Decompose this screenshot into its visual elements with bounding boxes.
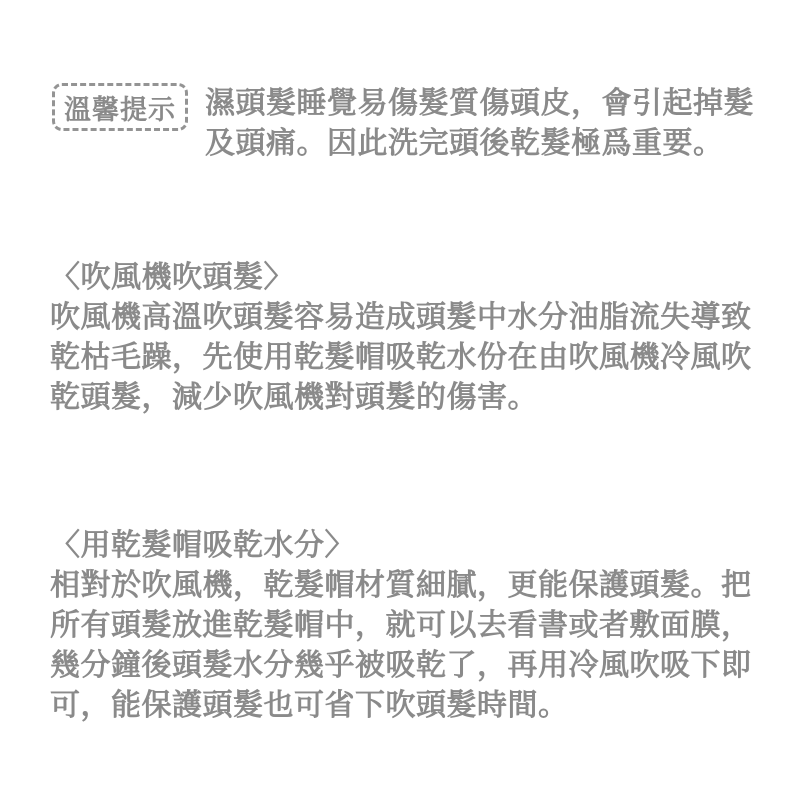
section-drying-cap: 〈用乾髮帽吸乾水分〉 相對於吹風機，乾髮帽材質細膩，更能保護頭髮。把 所有頭髮放… bbox=[50, 526, 752, 726]
tip-text: 濕頭髮睡覺易傷髮質傷頭皮，會引起掉髮 及頭痛。因此洗完頭後乾髮極爲重要。 bbox=[205, 84, 754, 164]
paragraph-line: 相對於吹風機，乾髮帽材質細膩，更能保護頭髮。把 bbox=[50, 566, 752, 606]
tip-text-line: 及頭痛。因此洗完頭後乾髮極爲重要。 bbox=[205, 124, 754, 164]
paragraph-line: 乾頭髮，減少吹風機對頭髮的傷害。 bbox=[50, 378, 752, 418]
paragraph-line: 所有頭髮放進乾髮帽中，就可以去看書或者敷面膜， bbox=[50, 606, 752, 646]
section-heading: 〈吹風機吹頭髮〉 bbox=[50, 258, 752, 298]
tip-badge-label: 溫馨提示 bbox=[64, 88, 176, 127]
section-heading: 〈用乾髮帽吸乾水分〉 bbox=[50, 526, 752, 566]
section-hair-dryer: 〈吹風機吹頭髮〉 吹風機高溫吹頭髮容易造成頭髮中水分油脂流失導致 乾枯毛躁，先使… bbox=[50, 258, 752, 418]
tip-badge: 溫馨提示 bbox=[52, 83, 188, 131]
page: 溫馨提示 濕頭髮睡覺易傷髮質傷頭皮，會引起掉髮 及頭痛。因此洗完頭後乾髮極爲重要… bbox=[0, 0, 800, 800]
tip-text-line: 濕頭髮睡覺易傷髮質傷頭皮，會引起掉髮 bbox=[205, 84, 754, 124]
paragraph-line: 乾枯毛躁，先使用乾髮帽吸乾水份在由吹風機冷風吹 bbox=[50, 338, 752, 378]
paragraph-line: 可，能保護頭髮也可省下吹頭髮時間。 bbox=[50, 686, 752, 726]
paragraph-line: 幾分鐘後頭髮水分幾乎被吸乾了，再用冷風吹吸下即 bbox=[50, 646, 752, 686]
paragraph-line: 吹風機高溫吹頭髮容易造成頭髮中水分油脂流失導致 bbox=[50, 298, 752, 338]
